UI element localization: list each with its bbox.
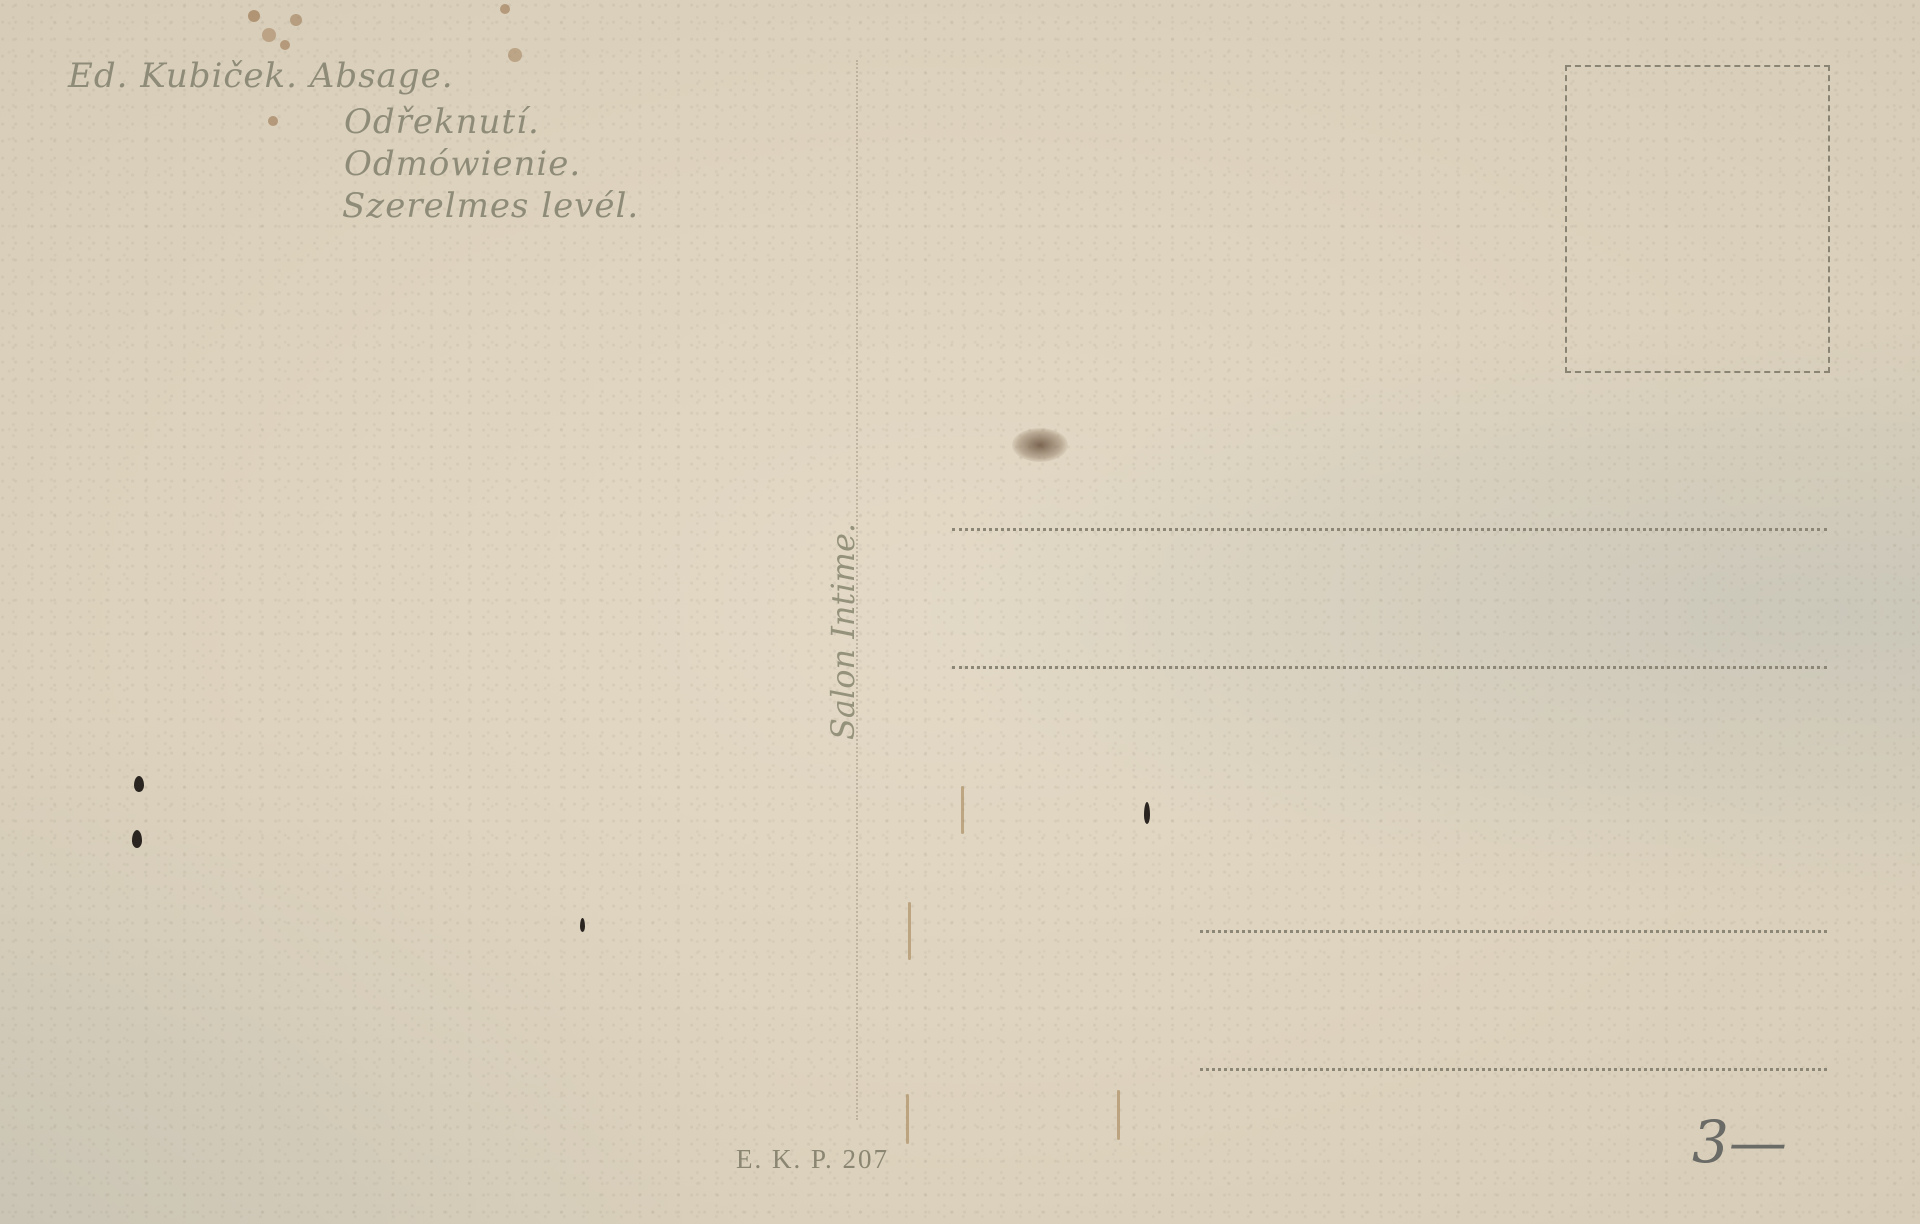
ink-drop-icon [1144, 802, 1150, 824]
stamp-box [1565, 65, 1830, 373]
postcard-back: Ed. Kubiček. Absage. Odřeknutí. Odmówien… [0, 0, 1920, 1224]
foxing-spot-icon [508, 48, 522, 62]
foxing-spot-icon [290, 14, 302, 26]
caption-line-2: Odřeknutí. [344, 102, 540, 142]
scratch-mark [906, 1094, 909, 1144]
caption-line-3: Odmówienie. [344, 144, 581, 184]
ink-drop-icon [134, 776, 144, 792]
address-line-3 [1200, 930, 1827, 933]
stain-icon [1012, 428, 1068, 462]
foxing-spot-icon [280, 40, 290, 50]
scratch-mark [1117, 1090, 1120, 1140]
series-title-text: Salon Intime. [824, 523, 862, 740]
ink-drop-icon [132, 830, 142, 848]
address-line-1 [952, 528, 1827, 531]
caption-line-1: Ed. Kubiček. Absage. [68, 56, 454, 96]
publisher-code: E. K. P. 207 [736, 1144, 889, 1175]
foxing-spot-icon [262, 28, 276, 42]
foxing-spot-icon [500, 4, 510, 14]
scratch-mark [961, 786, 964, 834]
address-line-2 [952, 666, 1827, 669]
foxing-spot-icon [268, 116, 278, 126]
address-line-4 [1200, 1068, 1827, 1071]
scratch-mark [908, 902, 911, 960]
handwritten-note: 3— [1692, 1108, 1787, 1176]
caption-line-4: Szerelmes levél. [342, 186, 639, 226]
ink-drop-icon [580, 918, 585, 932]
foxing-spot-icon [248, 10, 260, 22]
